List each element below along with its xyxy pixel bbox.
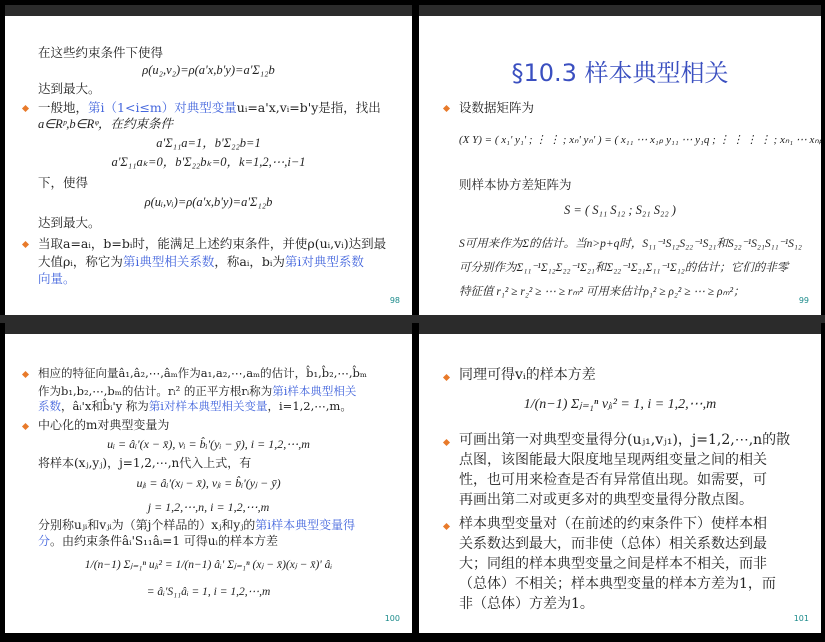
text-line: S可用来作为Σ的估计。当n>p+q时，S₁₁⁻¹S₁₂S₂₂⁻¹S₂₁和S₂₂⁻… xyxy=(459,237,802,252)
text-line: 可分别作为Σ₁₁⁻¹Σ₁₂Σ₂₂⁻¹Σ₂₁和Σ₂₂⁻¹Σ₂₁Σ₁₁⁻¹Σ₁₂的估… xyxy=(459,261,788,276)
text-line: a∈Rᵖ,b∈Rᵠ，在约束条件 xyxy=(38,117,173,132)
text-span: 一般地， xyxy=(38,100,88,115)
bullet-text: 系数，âᵢ'x和b̂ᵢ'y 称为第i对样本典型相关变量，i=1,2,⋯,m。 xyxy=(38,399,352,414)
page-number: 99 xyxy=(799,296,809,305)
covariance-matrix-formula: S = ( S₁₁ S₁₂ ; S₂₁ S₂₂ ) xyxy=(419,203,821,218)
bullet-text: 关系数达到最大，而非使（总体）相关系数达到最 xyxy=(459,535,767,554)
bullet-icon xyxy=(443,523,450,530)
slide-100: 相应的特征向量â₁,â₂,⋯,âₘ作为a₁,a₂,⋯,aₘ的估计，b̂₁,b̂₂… xyxy=(5,323,412,633)
highlight-term: 第i对样本典型相关变量 xyxy=(149,399,268,413)
formula: ρ(u₂,v₂)=ρ(a'x,b'y)=a'Σ₁₂b xyxy=(5,63,412,78)
bullet-text: 样本典型变量对（在前述的约束条件下）使样本相 xyxy=(459,515,767,534)
text-line: 则样本协方差矩阵为 xyxy=(459,177,572,192)
bullet-icon xyxy=(443,439,450,446)
slide-99: §10.3 样本典型相关 设数据矩阵为 (X Y) = ( x₁' y₁' ; … xyxy=(419,5,821,315)
slide-top-bar xyxy=(419,323,821,334)
slide-top-bar xyxy=(419,5,821,16)
text-span: 。由约束条件âᵢ'S₁₁âᵢ=1 可得uᵢ的样本方差 xyxy=(50,534,278,548)
formula: a'Σ₁₁aₖ=0，b'Σ₂₂bₖ=0，k=1,2,⋯,i−1 xyxy=(5,155,412,170)
slide-top-bar xyxy=(5,5,412,16)
text-span: ，i=1,2,⋯,m。 xyxy=(268,399,352,413)
bullet-icon xyxy=(443,105,450,112)
bullet-text: 相应的特征向量â₁,â₂,⋯,âₘ作为a₁,a₂,⋯,aₘ的估计，b̂₁,b̂₂… xyxy=(38,366,367,381)
page-number: 100 xyxy=(385,614,400,623)
page-number: 98 xyxy=(390,296,400,305)
text-span: 分别称uⱼᵢ和vⱼᵢ为（第j个样品的）xⱼ和yⱼ的 xyxy=(38,518,255,532)
highlight-term: 第i样本典型变量得 xyxy=(255,518,355,532)
bullet-text: 点图，该图能最大限度地呈现两组变量之间的相关 xyxy=(459,451,767,470)
bullet-text: 大值ρᵢ，称它为第i典型相关系数，称aᵢ，bᵢ为第i对典型系数 xyxy=(38,254,364,269)
bullet-text: 中心化的m对典型变量为 xyxy=(38,418,169,433)
highlight-term: 第i样本典型相关 xyxy=(272,384,356,398)
text-span: ，âᵢ'x和b̂ᵢ'y 称为 xyxy=(61,399,149,413)
bullet-text: （总体）不相关；样本典型变量的样本方差为1，而 xyxy=(459,575,776,594)
text-span: ，称aᵢ，bᵢ为 xyxy=(214,254,284,269)
bullet-text: 当取a=aᵢ，b=bᵢ时，能满足上述约束条件，并使ρ(uᵢ,vᵢ)达到最 xyxy=(38,236,386,251)
text-line: 在这些约束条件下使得 xyxy=(38,45,163,60)
highlight-term: 系数 xyxy=(38,399,61,413)
text-line: 下，使得 xyxy=(38,175,88,190)
page-number: 101 xyxy=(794,614,809,623)
horizontal-divider xyxy=(0,315,825,323)
text-span: uᵢ=a'x,vᵢ=b'y是指，找出 xyxy=(237,100,381,115)
highlight-term: 向量。 xyxy=(38,271,76,286)
bullet-text: 一般地，第i（1<i≤m）对典型变量uᵢ=a'x,vᵢ=b'y是指，找出 xyxy=(38,100,381,115)
highlight-term: 第i（1<i≤m）对典型变量 xyxy=(88,100,237,115)
formula: ρ(uᵢ,vᵢ)=ρ(a'x,b'y)=a'Σ₁₂b xyxy=(5,195,412,210)
slide-98: 在这些约束条件下使得 ρ(u₂,v₂)=ρ(a'x,b'y)=a'Σ₁₂b 达到… xyxy=(5,5,412,315)
formula: j = 1,2,⋯,n, i = 1,2,⋯,m xyxy=(5,500,412,515)
bullet-text: 非（总体）方差为1。 xyxy=(459,595,594,614)
bullet-icon xyxy=(22,423,29,430)
bullet-text: 作为b₁,b₂,⋯,bₘ的估计。rᵢ² 的正平方根rᵢ称为第i样本典型相关 xyxy=(38,384,356,399)
highlight-term: 分 xyxy=(38,534,50,548)
text-line: 达到最大。 xyxy=(38,81,101,96)
text-span: 作为b₁,b₂,⋯,bₘ的估计。rᵢ² 的正平方根rᵢ称为 xyxy=(38,384,272,398)
slide-top-bar xyxy=(5,323,412,334)
text-line: 达到最大。 xyxy=(38,215,101,230)
bullet-icon xyxy=(22,105,29,112)
data-matrix-formula: (X Y) = ( x₁' y₁' ; ⋮ ⋮ ; xₙ' yₙ' ) = ( … xyxy=(459,133,821,148)
bullet-icon xyxy=(443,374,450,381)
highlight-term: 第i典型相关系数 xyxy=(123,254,215,269)
formula: uⱼᵢ = âᵢ'(xⱼ − x̄), vⱼᵢ = b̂ᵢ'(yⱼ − ȳ) xyxy=(5,476,412,491)
bullet-text: 性，也可用来检查是否有异常值出现。如需要，可 xyxy=(459,471,767,490)
highlight-term: 第i对典型系数 xyxy=(285,254,364,269)
bullet-icon xyxy=(22,371,29,378)
bullet-text: 设数据矩阵为 xyxy=(459,100,534,115)
slide-101: 同理可得vᵢ的样本方差 1/(n−1) Σⱼ₌₁ⁿ vⱼᵢ² = 1, i = … xyxy=(419,323,821,633)
bullet-text: 可画出第一对典型变量得分(uⱼ₁,vⱼ₁)，j=1,2,⋯,n的散 xyxy=(459,431,790,450)
bullet-text: 同理可得vᵢ的样本方差 xyxy=(459,366,596,385)
formula: 1/(n−1) Σⱼ₌₁ⁿ vⱼᵢ² = 1, i = 1,2,⋯,m xyxy=(419,395,821,414)
bullet-text: 大；同组的样本典型变量之间是样本不相关，而非 xyxy=(459,555,767,574)
slide-title: §10.3 样本典型相关 xyxy=(419,53,821,88)
text-line: 特征值 r₁² ≥ r₂² ≥ ⋯ ≥ rₘ² 可用来估计ρ₁² ≥ ρ₂² ≥… xyxy=(459,285,745,300)
formula: = âᵢ'S₁₁âᵢ = 1, i = 1,2,⋯,m xyxy=(5,585,412,600)
formula: a'Σ₁₁a=1，b'Σ₂₂b=1 xyxy=(5,136,412,151)
formula: uᵢ = âᵢ'(x − x̄), vᵢ = b̂ᵢ'(yᵢ − ȳ), i =… xyxy=(5,437,412,452)
text-line: 将样本(xⱼ,yⱼ)，j=1,2,⋯,n代入上式，有 xyxy=(38,456,251,471)
formula: 1/(n−1) Σⱼ₌₁ⁿ uⱼᵢ² = 1/(n−1) âᵢ' Σⱼ₌₁ⁿ (… xyxy=(5,558,412,573)
bullet-text: 再画出第二对或更多对的典型变量得分散点图。 xyxy=(459,491,753,510)
text-line: 分。由约束条件âᵢ'S₁₁âᵢ=1 可得uᵢ的样本方差 xyxy=(38,534,278,549)
bullet-icon xyxy=(22,241,29,248)
text-line: 分别称uⱼᵢ和vⱼᵢ为（第j个样品的）xⱼ和yⱼ的第i样本典型变量得 xyxy=(38,518,355,533)
text-span: 大值ρᵢ，称它为 xyxy=(38,254,123,269)
